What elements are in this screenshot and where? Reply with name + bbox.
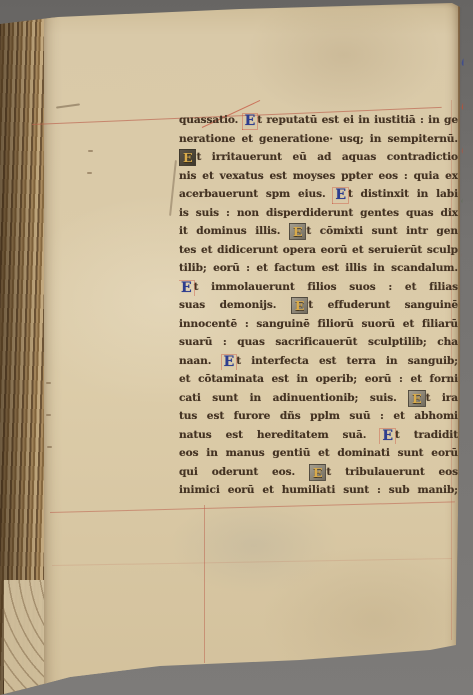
latin-text: suas demonijs. xyxy=(179,299,291,311)
latin-text: t interfecta est terra in sanguib; xyxy=(236,355,458,367)
ruling-line-vertical-left xyxy=(204,505,205,663)
illuminated-initial-blue: E xyxy=(222,355,237,370)
sewing-mark xyxy=(88,150,93,152)
sewing-mark xyxy=(87,172,92,174)
latin-text: neratione et generatione· usq; in sempit… xyxy=(179,133,458,145)
manuscript-text-line: tilib; eorū : et factum est illis in sca… xyxy=(179,259,458,278)
sewing-mark xyxy=(46,414,51,416)
manuscript-text-line: nis et vexatus est moyses ppter eos : qu… xyxy=(179,167,458,186)
latin-text: eos in manus gentiū et dominati sunt eor… xyxy=(179,447,458,459)
latin-text: it dominus illis. xyxy=(179,225,289,237)
illuminated-initial-gold: E xyxy=(291,297,308,314)
ruling-line-bottom xyxy=(50,501,455,513)
manuscript-text-line: quassatio. Et reputatū est ei in iustiti… xyxy=(179,111,458,130)
manuscript-photo: quassatio. Et reputatū est ei in iustiti… xyxy=(0,0,473,695)
manuscript-text-line: Et irritauerunt eū ad aquas contradictio xyxy=(179,148,458,167)
manuscript-text-line: natus est hereditatem suā. Et tradidit xyxy=(179,426,458,445)
latin-text: t cōmixti sunt intr gen xyxy=(306,225,458,237)
manuscript-text-line: it dominus illis. Et cōmixti sunt intr g… xyxy=(179,222,458,241)
manuscript-text-line: naan. Et interfecta est terra in sanguib… xyxy=(179,352,458,371)
latin-text: et cōtaminata est in operib; eorū : et f… xyxy=(179,373,458,385)
manuscript-text-line: qui oderunt eos. Et tribulauerunt eos xyxy=(179,463,458,482)
latin-text: t distinxit in labi xyxy=(348,188,458,200)
latin-text: is suis : non disperdiderunt gentes quas… xyxy=(179,207,458,219)
sewing-mark xyxy=(46,382,51,384)
manuscript-text-line: neratione et generatione· usq; in sempit… xyxy=(179,130,458,149)
latin-text: cati sunt in adinuentionib; suis. xyxy=(179,392,408,404)
latin-text: t effuderunt sanguinē xyxy=(308,299,458,311)
latin-text: tes et didicerunt opera eorū et seruierū… xyxy=(179,244,458,256)
latin-text: t immolauerunt filios suos : et filias xyxy=(194,281,458,293)
latin-text: t reputatū est ei in iustitiā : in ge xyxy=(257,114,458,126)
latin-text: t ira xyxy=(426,392,458,404)
illuminated-initial-gold: E xyxy=(408,390,425,407)
latin-text: quassatio. xyxy=(179,114,243,126)
manuscript-text-line: is suis : non disperdiderunt gentes quas… xyxy=(179,204,458,223)
illuminated-initial-gold: E xyxy=(309,464,326,481)
manuscript-text-line: eos in manus gentiū et dominati sunt eor… xyxy=(179,444,458,463)
latin-text: inimici eorū et humiliati sunt : sub man… xyxy=(179,484,458,496)
sewing-mark xyxy=(47,446,52,448)
manuscript-text-line: tes et didicerunt opera eorū et seruierū… xyxy=(179,241,458,260)
manuscript-text-line: suas demonijs. Et effuderunt sanguinē xyxy=(179,296,458,315)
manuscript-text-line: Et immolauerunt filios suos : et filias xyxy=(179,278,458,297)
latin-text: qui oderunt eos. xyxy=(179,466,309,478)
latin-text: innocentē : sanguinē filiorū suorū et fi… xyxy=(179,318,458,330)
latin-text: t tribulauerunt eos xyxy=(326,466,458,478)
latin-text: t irritauerunt eū ad aquas contradictio xyxy=(196,151,458,163)
illuminated-initial-blue: E xyxy=(380,429,395,444)
manuscript-text-line: acerbauerunt spm eius. Et distinxit in l… xyxy=(179,185,458,204)
manuscript-text-line: cati sunt in adinuentionib; suis. Et ira xyxy=(179,389,458,408)
illuminated-initial-blue: E xyxy=(333,188,348,203)
latin-text: tus est furore dñs pplm suū : et abhomi xyxy=(179,410,458,422)
manuscript-text-line: tus est furore dñs pplm suū : et abhomi xyxy=(179,407,458,426)
parchment-scratch xyxy=(56,103,80,108)
parchment-repair-crack xyxy=(169,160,177,216)
manuscript-text-line: suarū : quas sacrificauerūt sculptilib; … xyxy=(179,333,458,352)
latin-text: tilib; eorū : et factum est illis in sca… xyxy=(179,262,458,274)
latin-text: nis et vexatus est moyses ppter eos : qu… xyxy=(179,170,458,182)
latin-text: acerbauerunt spm eius. xyxy=(179,188,333,200)
manuscript-text-line: innocentē : sanguinē filiorū suorū et fi… xyxy=(179,315,458,334)
latin-text: naan. xyxy=(179,355,222,367)
illuminated-initial-gold: E xyxy=(179,149,196,166)
illuminated-initial-gold: E xyxy=(289,223,306,240)
latin-text: natus est hereditatem suā. xyxy=(179,429,380,441)
latin-text: t tradidit xyxy=(395,429,458,441)
open-book: quassatio. Et reputatū est ei in iustiti… xyxy=(0,0,473,695)
psalm-text-block: quassatio. Et reputatū est ei in iustiti… xyxy=(179,111,458,500)
manuscript-text-line: et cōtaminata est in operib; eorū : et f… xyxy=(179,370,458,389)
manuscript-text-line: inimici eorū et humiliati sunt : sub man… xyxy=(179,481,458,500)
illuminated-initial-blue: E xyxy=(243,114,258,129)
parchment-page: quassatio. Et reputatū est ei in iustiti… xyxy=(44,0,459,695)
latin-text: suarū : quas sacrificauerūt sculptilib; … xyxy=(179,336,458,348)
ruling-line-faint xyxy=(52,558,452,566)
illuminated-initial-blue: E xyxy=(179,281,194,296)
